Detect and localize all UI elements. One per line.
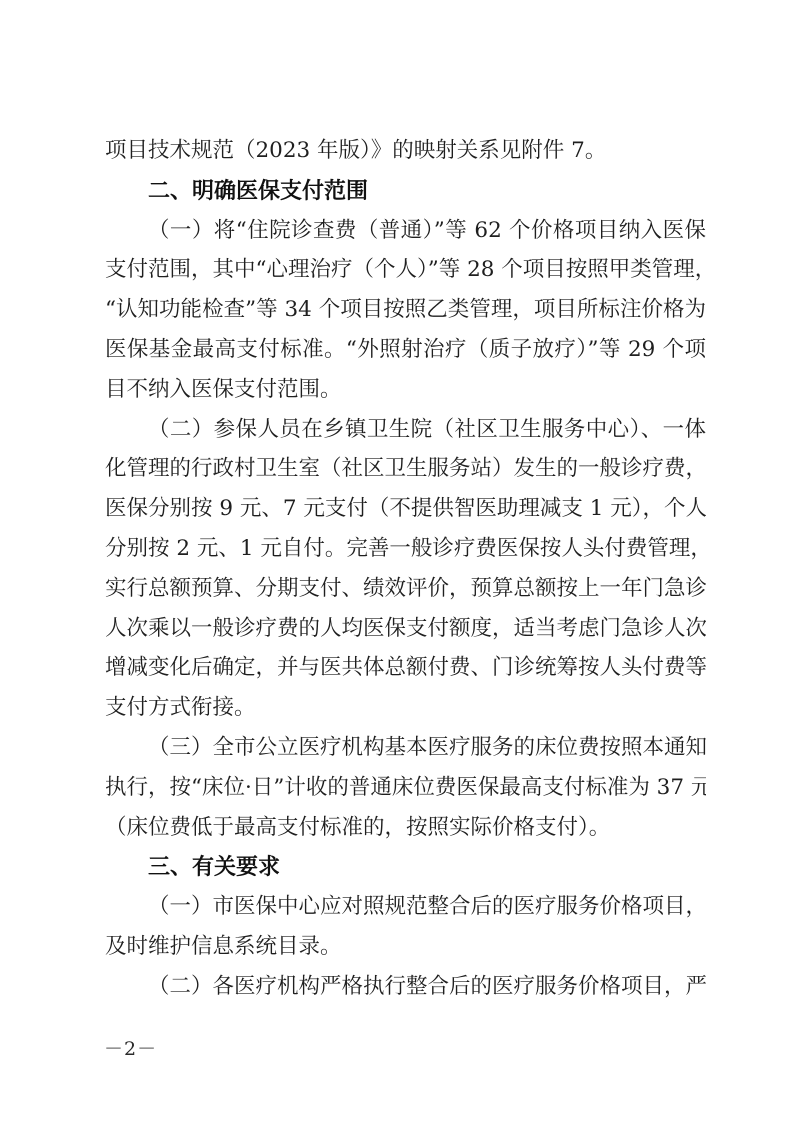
text-line: “认知功能检查”等 34 个项目按照乙类管理，项目所标注价格为 — [105, 290, 706, 330]
text-line: （床位费低于最高支付标准的，按照实际价格支付）。 — [105, 808, 706, 848]
text-line: 执行，按“床位·日”计收的普通床位费医保最高支付标准为 37 元 — [105, 768, 706, 808]
section2-heading: 二、明确医保支付范围 — [105, 171, 706, 211]
text-line: 目不纳入医保支付范围。 — [105, 370, 706, 410]
text-line: 支付范围，其中“心理治疗（个人）”等 28 个项目按照甲类管理， — [105, 250, 706, 290]
text-line: （二）各医疗机构严格执行整合后的医疗服务价格项目，严 — [105, 967, 706, 1007]
document-body: 项目技术规范（2023 年版）》的映射关系见附件 7。 二、明确医保支付范围 （… — [105, 131, 706, 1007]
section3-heading: 三、有关要求 — [105, 847, 706, 887]
text-line: 增减变化后确定，并与医共体总额付费、门诊统筹按人头付费等 — [105, 648, 706, 688]
document-page: 项目技术规范（2023 年版）》的映射关系见附件 7。 二、明确医保支付范围 （… — [0, 0, 793, 1122]
text-line: （二）参保人员在乡镇卫生院（社区卫生服务中心）、一体 — [105, 410, 706, 450]
text-line: 实行总额预算、分期支付、绩效评价，预算总额按上一年门急诊 — [105, 569, 706, 609]
text-line-continuation: 项目技术规范（2023 年版）》的映射关系见附件 7。 — [105, 131, 706, 171]
text-line: 分别按 2 元、1 元自付。完善一般诊疗费医保按人头付费管理， — [105, 529, 706, 569]
text-line: 支付方式衔接。 — [105, 688, 706, 728]
text-line: （一）市医保中心应对照规范整合后的医疗服务价格项目， — [105, 887, 706, 927]
text-line: 化管理的行政村卫生室（社区卫生服务站）发生的一般诊疗费， — [105, 449, 706, 489]
text-line: 医保基金最高支付标准。“外照射治疗（质子放疗）”等 29 个项 — [105, 330, 706, 370]
text-line: （一）将“住院诊查费（普通）”等 62 个价格项目纳入医保 — [105, 211, 706, 251]
page-number: －2－ — [104, 1036, 157, 1062]
text-line: 医保分别按 9 元、7 元支付（不提供智医助理减支 1 元），个人 — [105, 489, 706, 529]
text-line: 及时维护信息系统目录。 — [105, 927, 706, 967]
text-line: 人次乘以一般诊疗费的人均医保支付额度，适当考虑门急诊人次 — [105, 609, 706, 649]
text-line: （三）全市公立医疗机构基本医疗服务的床位费按照本通知 — [105, 728, 706, 768]
